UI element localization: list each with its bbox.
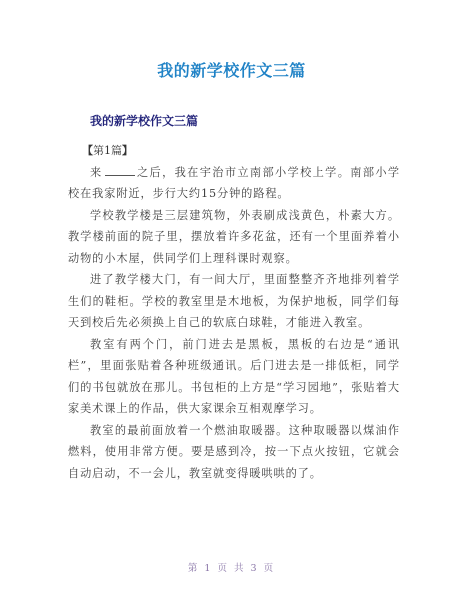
paragraph-2: 学校教学楼是三层建筑物，外表刷成浅黄色，朴素大方。教学楼前面的院子里，摆放着许多… bbox=[68, 205, 400, 270]
page-number-footer: 第 1 页 共 3 页 bbox=[0, 560, 463, 574]
section-label-open-bracket: 【 bbox=[82, 144, 93, 157]
paragraph-3: 进了教学楼大门，有一间大厅，里面整整齐齐地排列着学生们的鞋柜。学校的教室里是木地… bbox=[68, 269, 400, 334]
document-subtitle: 我的新学校作文三篇 bbox=[90, 112, 198, 130]
fill-in-blank bbox=[105, 164, 135, 176]
paragraph-4: 教室有两个门，前门进去是黑板，黑板的右边是“通讯栏”，里面张贴着各种班级通讯。后… bbox=[68, 334, 400, 420]
paragraph-1: 来之后，我在宇治市立南部小学校上学。南部小学校在我家附近，步行大约15分钟的路程… bbox=[68, 162, 400, 205]
section-label-text: 第1篇 bbox=[93, 144, 122, 157]
document-title: 我的新学校作文三篇 bbox=[0, 60, 463, 82]
paragraph-1-start: 来 bbox=[90, 166, 103, 179]
paragraph-5: 教室的最前面放着一个燃油取暖器。这种取暖器以煤油作燃料，使用非常方便。要是感到冷… bbox=[68, 420, 400, 485]
section-label-close-bracket: 】 bbox=[122, 144, 133, 157]
section-label: 【第1篇】 bbox=[82, 140, 400, 162]
document-body: 【第1篇】 来之后，我在宇治市立南部小学校上学。南部小学校在我家附近，步行大约1… bbox=[68, 140, 400, 484]
